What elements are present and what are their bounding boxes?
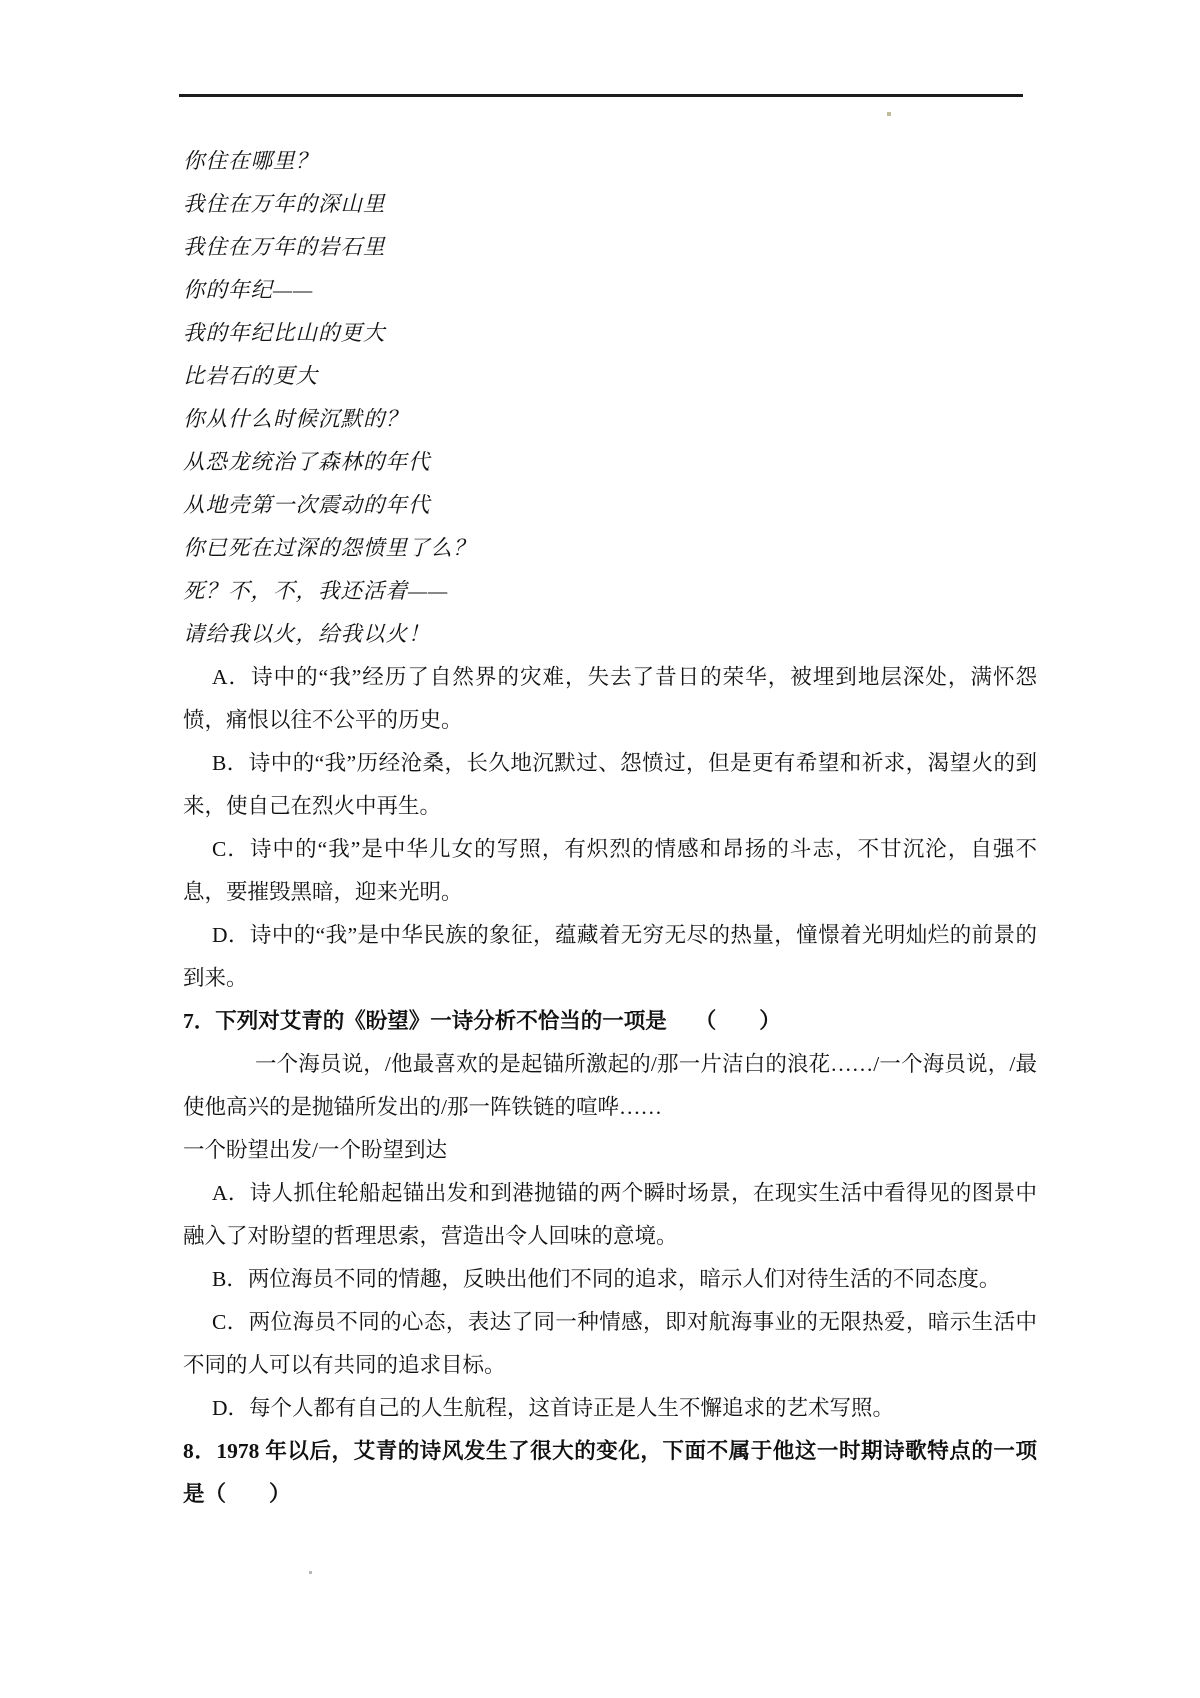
poem-line: 你已死在过深的怨愤里了么？ bbox=[183, 527, 1037, 570]
option-text: 诗中的“我”是中华民族的象征，蕴藏着无穷无尽的热量，憧憬着光明灿烂的前景的到来。 bbox=[183, 923, 1037, 990]
poem-line: 你的年纪—— bbox=[183, 269, 1037, 312]
scan-artifact-speck bbox=[887, 112, 891, 116]
poem-line: 从地壳第一次震动的年代 bbox=[183, 484, 1037, 527]
question-number: 8． bbox=[183, 1439, 216, 1463]
question7-quote: 一个海员说，/他最喜欢的是起锚所激起的/那一片洁白的浪花……/一个海员说，/最使… bbox=[183, 1043, 1037, 1129]
question7-quote-line2: 一个盼望出发/一个盼望到达 bbox=[183, 1129, 1037, 1172]
answer-blank: （ ） bbox=[205, 1482, 291, 1506]
poem-line: 你从什么时候沉默的？ bbox=[183, 398, 1037, 441]
option-text: 两位海员不同的心态，表达了同一种情感，即对航海事业的无限热爱，暗示生活中不同的人… bbox=[183, 1310, 1037, 1377]
option-text: 诗中的“我”是中华儿女的写照，有炽烈的情感和昂扬的斗志，不甘沉沦，自强不息，要摧… bbox=[183, 837, 1037, 904]
question-number: 7． bbox=[183, 1009, 215, 1033]
option-label: B． bbox=[212, 1267, 248, 1291]
document-page: { "poem": { "lines": [ "你住在哪里？", "我住在万年的… bbox=[0, 0, 1200, 1698]
question6-option-d: D．诗中的“我”是中华民族的象征，蕴藏着无穷无尽的热量，憧憬着光明灿烂的前景的到… bbox=[183, 914, 1037, 1000]
question7-option-b: B．两位海员不同的情趣，反映出他们不同的追求，暗示人们对待生活的不同态度。 bbox=[183, 1258, 1037, 1301]
poem-excerpt: 你住在哪里？ 我住在万年的深山里 我住在万年的岩石里 你的年纪—— 我的年纪比山… bbox=[183, 140, 1037, 656]
option-label: C． bbox=[212, 1310, 249, 1334]
poem-line: 我住在万年的深山里 bbox=[183, 183, 1037, 226]
option-label: C． bbox=[212, 837, 250, 861]
poem-line: 死？不，不，我还活着—— bbox=[183, 570, 1037, 613]
question7-option-d: D．每个人都有自己的人生航程，这首诗正是人生不懈追求的艺术写照。 bbox=[183, 1387, 1037, 1430]
answer-blank: （ ） bbox=[695, 1009, 781, 1033]
question7-option-a: A．诗人抓住轮船起锚出发和到港抛锚的两个瞬时场景，在现实生活中看得见的图景中融入… bbox=[183, 1172, 1037, 1258]
option-text: 诗人抓住轮船起锚出发和到港抛锚的两个瞬时场景，在现实生活中看得见的图景中融入了对… bbox=[183, 1181, 1037, 1248]
option-text: 诗中的“我”经历了自然界的灾难，失去了昔日的荣华，被埋到地层深处，满怀怨愤，痛恨… bbox=[183, 665, 1037, 732]
option-text: 两位海员不同的情趣，反映出他们不同的追求，暗示人们对待生活的不同态度。 bbox=[248, 1267, 1001, 1291]
question7: 7．下列对艾青的《盼望》一诗分析不恰当的一项是（ ） 一个海员说，/他最喜欢的是… bbox=[183, 1000, 1037, 1430]
question6-option-b: B．诗中的“我”历经沧桑，长久地沉默过、怨愤过，但是更有希望和祈求，渴望火的到来… bbox=[183, 742, 1037, 828]
document-body: 你住在哪里？ 我住在万年的深山里 我住在万年的岩石里 你的年纪—— 我的年纪比山… bbox=[183, 140, 1037, 1516]
question-stem-text: 下列对艾青的《盼望》一诗分析不恰当的一项是 bbox=[215, 1009, 667, 1033]
question6-option-c: C．诗中的“我”是中华儿女的写照，有炽烈的情感和昂扬的斗志，不甘沉沦，自强不息，… bbox=[183, 828, 1037, 914]
question6-options: A．诗中的“我”经历了自然界的灾难，失去了昔日的荣华，被埋到地层深处，满怀怨愤，… bbox=[183, 656, 1037, 1000]
page-header-divider bbox=[179, 94, 1023, 97]
poem-line: 我住在万年的岩石里 bbox=[183, 226, 1037, 269]
option-label: D． bbox=[212, 1396, 249, 1420]
option-text: 诗中的“我”历经沧桑，长久地沉默过、怨愤过，但是更有希望和祈求，渴望火的到来，使… bbox=[183, 751, 1037, 818]
poem-line: 你住在哪里？ bbox=[183, 140, 1037, 183]
question-stem-text: 1978 年以后，艾青的诗风发生了很大的变化，下面不属于他这一时期诗歌特点的一项… bbox=[183, 1439, 1037, 1506]
question7-stem: 7．下列对艾青的《盼望》一诗分析不恰当的一项是（ ） bbox=[183, 1000, 1037, 1043]
poem-line: 从恐龙统治了森林的年代 bbox=[183, 441, 1037, 484]
option-label: D． bbox=[212, 923, 250, 947]
option-label: A． bbox=[212, 1181, 250, 1205]
poem-line: 我的年纪比山的更大 bbox=[183, 312, 1037, 355]
option-label: B． bbox=[212, 751, 249, 775]
poem-line: 请给我以火，给我以火！ bbox=[183, 613, 1037, 656]
question8-stem: 8．1978 年以后，艾青的诗风发生了很大的变化，下面不属于他这一时期诗歌特点的… bbox=[183, 1430, 1037, 1516]
question7-option-c: C．两位海员不同的心态，表达了同一种情感，即对航海事业的无限热爱，暗示生活中不同… bbox=[183, 1301, 1037, 1387]
option-text: 每个人都有自己的人生航程，这首诗正是人生不懈追求的艺术写照。 bbox=[249, 1396, 894, 1420]
poem-line: 比岩石的更大 bbox=[183, 355, 1037, 398]
scan-artifact-speck bbox=[309, 1571, 312, 1574]
option-label: A． bbox=[212, 665, 251, 689]
question8: 8．1978 年以后，艾青的诗风发生了很大的变化，下面不属于他这一时期诗歌特点的… bbox=[183, 1430, 1037, 1516]
question6-option-a: A．诗中的“我”经历了自然界的灾难，失去了昔日的荣华，被埋到地层深处，满怀怨愤，… bbox=[183, 656, 1037, 742]
